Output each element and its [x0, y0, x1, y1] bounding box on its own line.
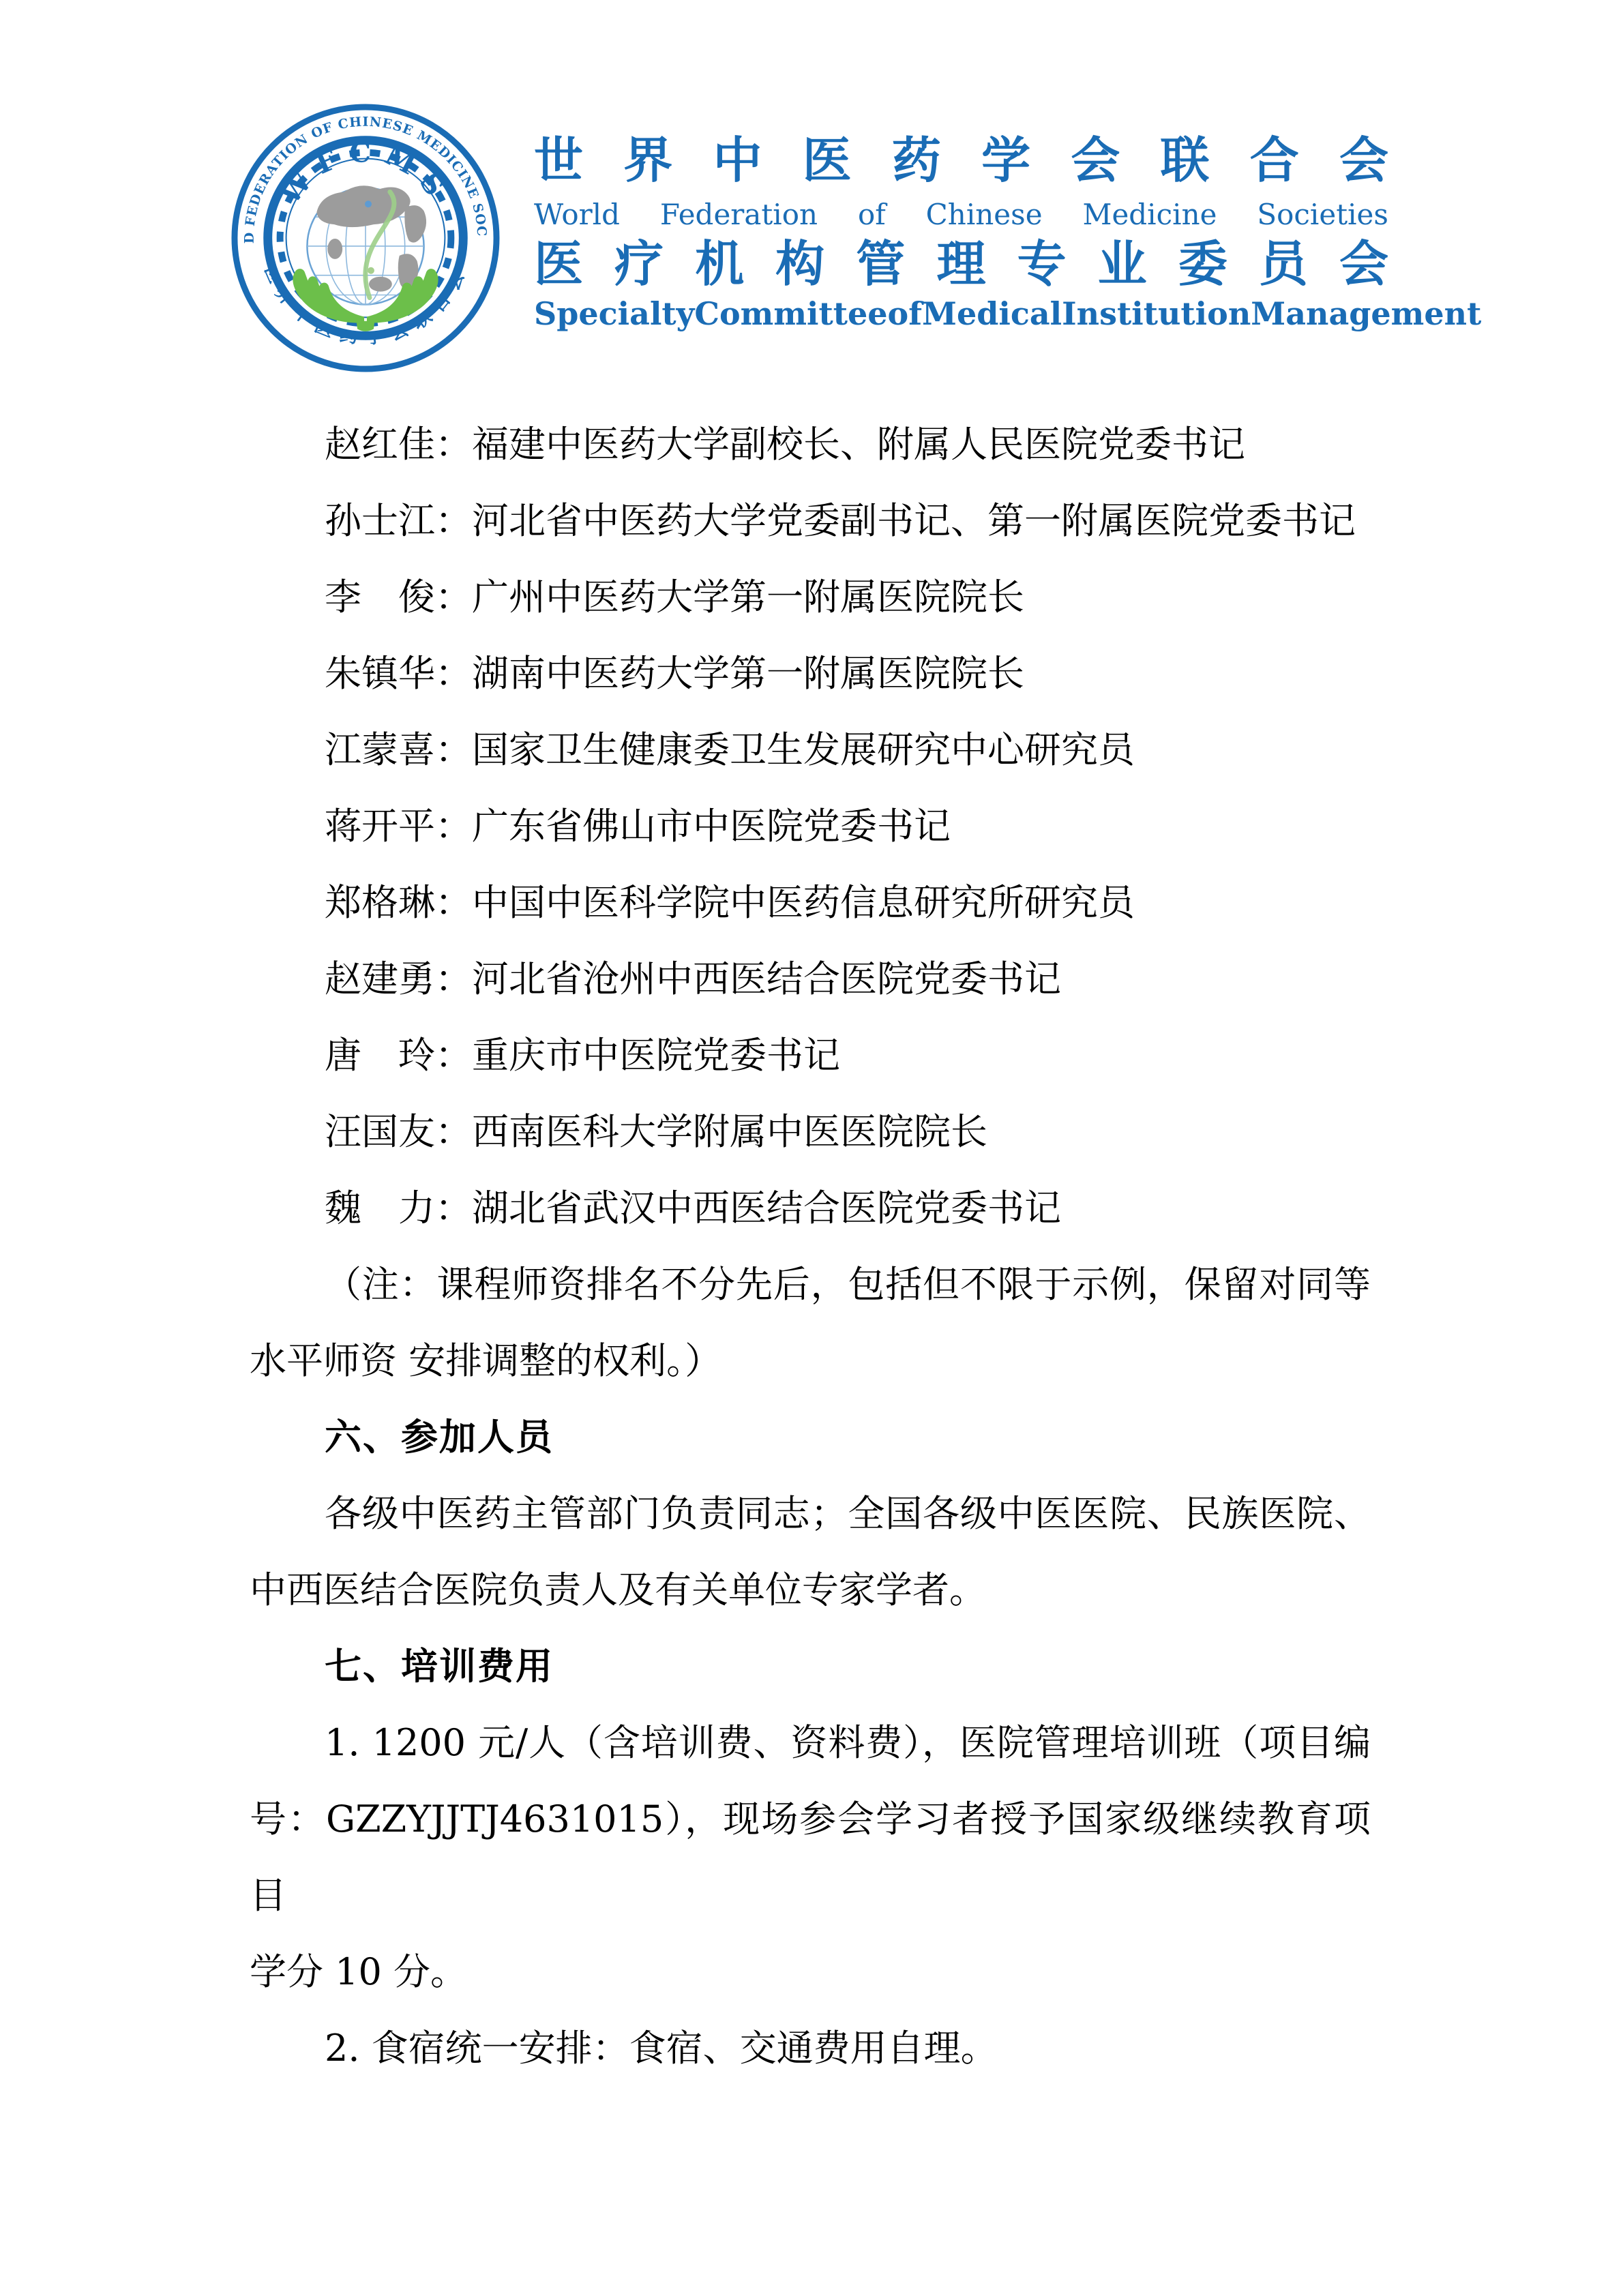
header-committee-name-en: SpecialtyCommitteeofMedicalInstitutionMa… — [534, 295, 1388, 333]
header-org-name-cn: 世界中医药学会联合会 — [534, 131, 1388, 190]
body-line: 蒋开平：广东省佛山市中医院党委书记 — [250, 788, 1371, 865]
body-line: 郑格琳：中国中医科学院中医药信息研究所研究员 — [250, 865, 1371, 941]
body-line: 水平师资 安排调整的权利。） — [250, 1323, 1371, 1399]
body-line: 魏 力：湖北省武汉中西医结合医院党委书记 — [250, 1170, 1371, 1247]
body-line: 赵建勇：河北省沧州中西医结合医院党委书记 — [250, 941, 1371, 1017]
body-line: 学分 10 分。 — [250, 1934, 1371, 2010]
green-dot — [368, 267, 374, 274]
body-line: 2. 食宿统一安排：食宿、交通费用自理。 — [250, 2010, 1371, 2087]
header-org-name-en: WorldFederationofChineseMedicineSocietie… — [534, 197, 1388, 233]
document-page: WORLD FEDERATION OF CHINESE MEDICINE SOC… — [0, 0, 1623, 2296]
body-line: 朱镇华：湖南中医药大学第一附属医院院长 — [250, 636, 1371, 712]
document-body: 赵红佳：福建中医药大学副校长、附属人民医院党委书记孙士江：河北省中医药大学党委副… — [250, 406, 1371, 2087]
body-line: 1. 1200 元/人（含培训费、资料费），医院管理培训班（项目编 — [250, 1705, 1371, 1781]
wfcms-logo: WORLD FEDERATION OF CHINESE MEDICINE SOC… — [230, 102, 501, 374]
blue-dot — [365, 200, 372, 207]
body-line: 孙士江：河北省中医药大学党委副书记、第一附属医院党委书记 — [250, 483, 1371, 559]
body-line: 号：GZZYJJTJ4631015），现场参会学习者授予国家级继续教育项目 — [250, 1781, 1371, 1934]
body-line: 汪国友：西南医科大学附属中医医院院长 — [250, 1094, 1371, 1170]
section-heading: 六、参加人员 — [250, 1399, 1371, 1476]
body-line: 江蒙喜：国家卫生健康委卫生发展研究中心研究员 — [250, 712, 1371, 788]
body-line: 赵红佳：福建中医药大学副校长、附属人民医院党委书记 — [250, 406, 1371, 483]
body-line: 李 俊：广州中医药大学第一附属医院院长 — [250, 559, 1371, 636]
section-heading: 七、培训费用 — [250, 1628, 1371, 1705]
body-line: 唐 玲：重庆市中医院党委书记 — [250, 1017, 1371, 1094]
header-committee-name-cn: 医疗机构管理专业委员会 — [534, 235, 1388, 293]
body-line: 中西医结合医院负责人及有关单位专家学者。 — [250, 1552, 1371, 1628]
body-line: 各级中医药主管部门负责同志；全国各级中医医院、民族医院、 — [250, 1476, 1371, 1552]
body-line: （注：课程师资排名不分先后，包括但不限于示例，保留对同等 — [250, 1247, 1371, 1323]
